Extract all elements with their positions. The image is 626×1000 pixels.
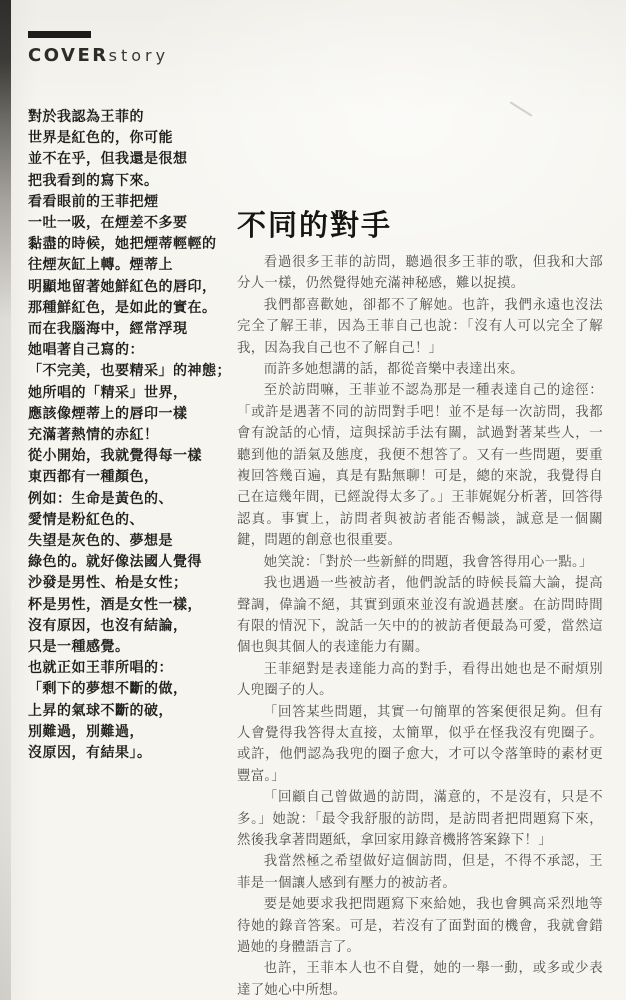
article-paragraph: 看過很多王菲的訪問，聽過很多王菲的歌，但我和大部分人一樣，仍然覺得她充滿神秘感，…	[237, 252, 603, 295]
magazine-scan-page: { "colors": { "paper": "#f6f5f0", "headi…	[0, 0, 626, 1000]
kicker-bold-text: COVER	[28, 45, 109, 66]
verse-line: 她所唱的「精采」世界，	[28, 383, 234, 404]
verse-line: 看看眼前的王菲把煙	[28, 192, 234, 213]
verse-line: 充滿著熱情的赤紅！	[28, 425, 234, 446]
verse-line: 愛情是粉紅色的、	[28, 510, 234, 531]
verse-line: 只是一種感覺。	[28, 637, 234, 658]
verse-line: 失望是灰色的、夢想是	[28, 531, 234, 552]
verse-line: 沙發是男性、枱是女性；	[28, 573, 234, 594]
verse-line: 從小開始，我就覺得每一樣	[28, 446, 234, 467]
article-paragraph: 而許多她想講的話，都從音樂中表達出來。	[237, 359, 603, 380]
article-paragraph: 我當然極之希望做好這個訪問，但是，不得不承認，王菲是一個讓人感到有壓力的被訪者。	[237, 851, 603, 894]
kicker-label: COVERstory	[28, 45, 169, 66]
article-paragraph: 要是她要求我把問題寫下來給她，我也會興高采烈地等待她的錄音答案。可是，若沒有了面…	[237, 894, 603, 958]
verse-line: 世界是紅色的，你可能	[28, 128, 234, 149]
verse-line: 那種鮮紅色，是如此的實在。	[28, 298, 234, 319]
verse-line: 一吐一吸，在煙差不多要	[28, 213, 234, 234]
article-paragraph: 也許，王菲本人也不自覺，她的一舉一動，或多或少表達了她心中所想。	[237, 958, 603, 1000]
sidebar-verse-column: 對於我認為王菲的 世界是紅色的，你可能 並不在乎，但我還是很想 把我看到的寫下來…	[28, 107, 234, 764]
kicker-rule	[28, 31, 91, 38]
verse-line: 東西都有一種顏色，	[28, 467, 234, 488]
article-title: 不同的對手	[237, 209, 603, 241]
verse-line: 也就正如王菲所唱的：	[28, 658, 234, 679]
verse-line: 沒有原因，也沒有結論，	[28, 616, 234, 637]
article-paragraph: 她笑說：「對於一些新鮮的問題，我會答得用心一點。」	[237, 552, 603, 573]
verse-line: 明顯地留著她鮮紅色的唇印，	[28, 277, 234, 298]
verse-line: 上昇的氣球不斷的破，	[28, 701, 234, 722]
verse-line: 例如：生命是黃色的、	[28, 489, 234, 510]
verse-line: 「剩下的夢想不斷的做，	[28, 679, 234, 700]
verse-line: 她唱著自己寫的：	[28, 340, 234, 361]
verse-line: 對於我認為王菲的	[28, 107, 234, 128]
section-kicker: COVERstory	[28, 31, 169, 66]
verse-line: 並不在乎，但我還是很想	[28, 149, 234, 170]
article-paragraph: 「回答某些問題，其實一句簡單的答案便很足夠。但有人會覺得我答得太直接，太簡單，似…	[237, 702, 603, 788]
verse-line: 把我看到的寫下來。	[28, 171, 234, 192]
kicker-light-text: story	[109, 46, 169, 65]
scan-artifact	[509, 101, 532, 116]
verse-line: 而在我腦海中，經常浮現	[28, 319, 234, 340]
verse-line: 往煙灰缸上轉。煙蒂上	[28, 255, 234, 276]
verse-line: 「不完美，也要精采」的神態；	[28, 361, 234, 382]
page-binding-shadow	[0, 0, 11, 1000]
verse-line: 沒原因，有結果」。	[28, 743, 234, 764]
article-paragraph: 「回顧自己曾做過的訪問，滿意的，不是沒有，只是不多。」她說：「最令我舒服的訪問，…	[237, 787, 603, 851]
article-paragraph: 王菲絕對是表達能力高的對手，看得出她也是不耐煩別人兜圈子的人。	[237, 659, 603, 702]
verse-line: 黏盡的時候，她把煙蒂輕輕的	[28, 234, 234, 255]
verse-line: 應該像煙蒂上的唇印一樣	[28, 404, 234, 425]
verse-line: 杯是男性，酒是女性一樣，	[28, 595, 234, 616]
article-paragraph: 我也遇過一些被訪者，他們說話的時候長篇大論，提高聲調，偉論不絕，其實到頭來並沒有…	[237, 573, 603, 659]
verse-line: 別難過，別難過，	[28, 722, 234, 743]
main-article: 不同的對手 看過很多王菲的訪問，聽過很多王菲的歌，但我和大部分人一樣，仍然覺得她…	[237, 209, 603, 1000]
verse-line: 綠色的。就好像法國人覺得	[28, 552, 234, 573]
article-paragraph: 我們都喜歡她，卻都不了解她。也許，我們永遠也沒法完全了解王菲，因為王菲自己也說：…	[237, 295, 603, 359]
article-paragraph: 至於訪問嘛，王菲並不認為那是一種表達自己的途徑：「或許是遇著不同的訪問對手吧！並…	[237, 380, 603, 551]
